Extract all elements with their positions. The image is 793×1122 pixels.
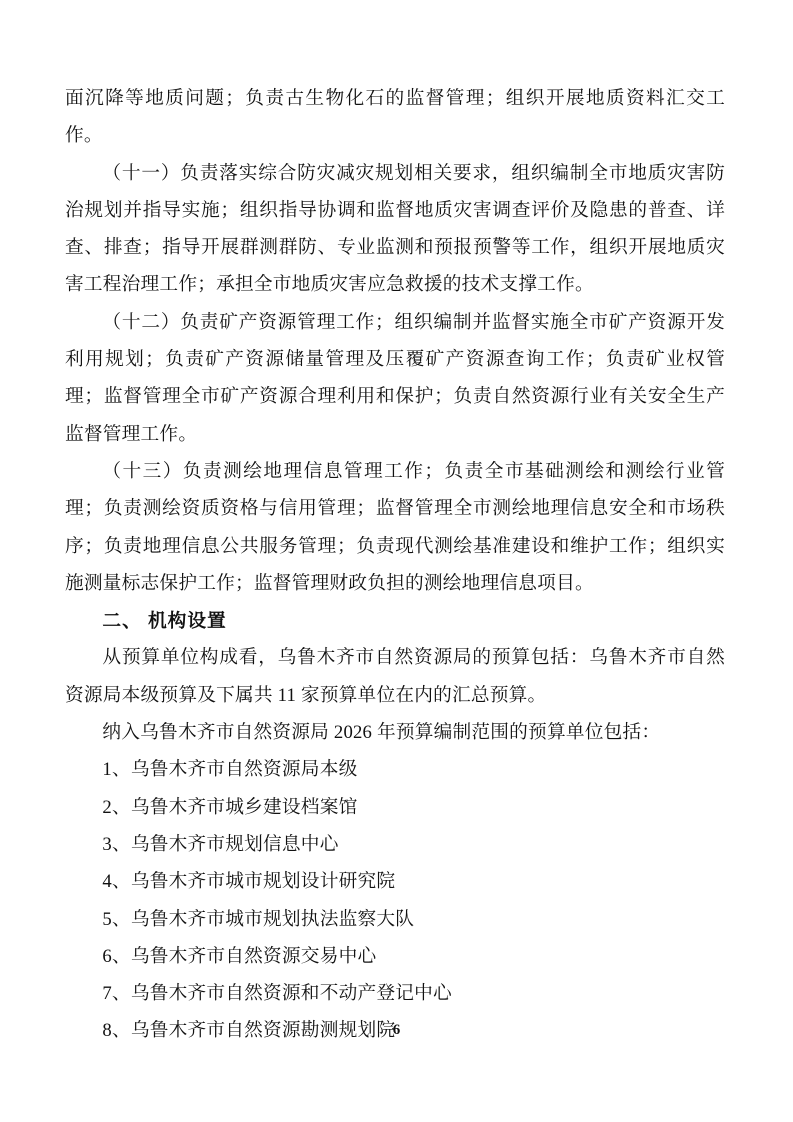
paragraph: 纳入乌鲁木齐市自然资源局 2026 年预算编制范围的预算单位包括： (65, 714, 725, 751)
document-body: 面沉降等地质问题；负责古生物化石的监督管理；组织开展地质资料汇交工作。（十一）负… (65, 80, 725, 1050)
list-item: 5、乌鲁木齐市城市规划执法监察大队 (65, 901, 725, 938)
list-item: 3、乌鲁木齐市规划信息中心 (65, 826, 725, 863)
list-item: 2、乌鲁木齐市城乡建设档案馆 (65, 789, 725, 826)
list-item: 1、乌鲁木齐市自然资源局本级 (65, 751, 725, 788)
paragraph: （十二）负责矿产资源管理工作；组织编制并监督实施全市矿产资源开发利用规划；负责矿… (65, 304, 725, 453)
list-item: 4、乌鲁木齐市城市规划设计研究院 (65, 863, 725, 900)
list-item: 7、乌鲁木齐市自然资源和不动产登记中心 (65, 975, 725, 1012)
page-number: 6 (0, 1022, 793, 1039)
paragraph: 从预算单位构成看，乌鲁木齐市自然资源局的预算包括：乌鲁木齐市自然资源局本级预算及… (65, 639, 725, 714)
document-page: 面沉降等地质问题；负责古生物化石的监督管理；组织开展地质资料汇交工作。（十一）负… (0, 0, 793, 1122)
section-heading: 二、 机构设置 (65, 602, 725, 639)
paragraph: 面沉降等地质问题；负责古生物化石的监督管理；组织开展地质资料汇交工作。 (65, 80, 725, 155)
list-item: 6、乌鲁木齐市自然资源交易中心 (65, 938, 725, 975)
paragraph: （十三）负责测绘地理信息管理工作；负责全市基础测绘和测绘行业管理；负责测绘资质资… (65, 453, 725, 602)
paragraph: （十一）负责落实综合防灾减灾规划相关要求，组织编制全市地质灾害防治规划并指导实施… (65, 155, 725, 304)
